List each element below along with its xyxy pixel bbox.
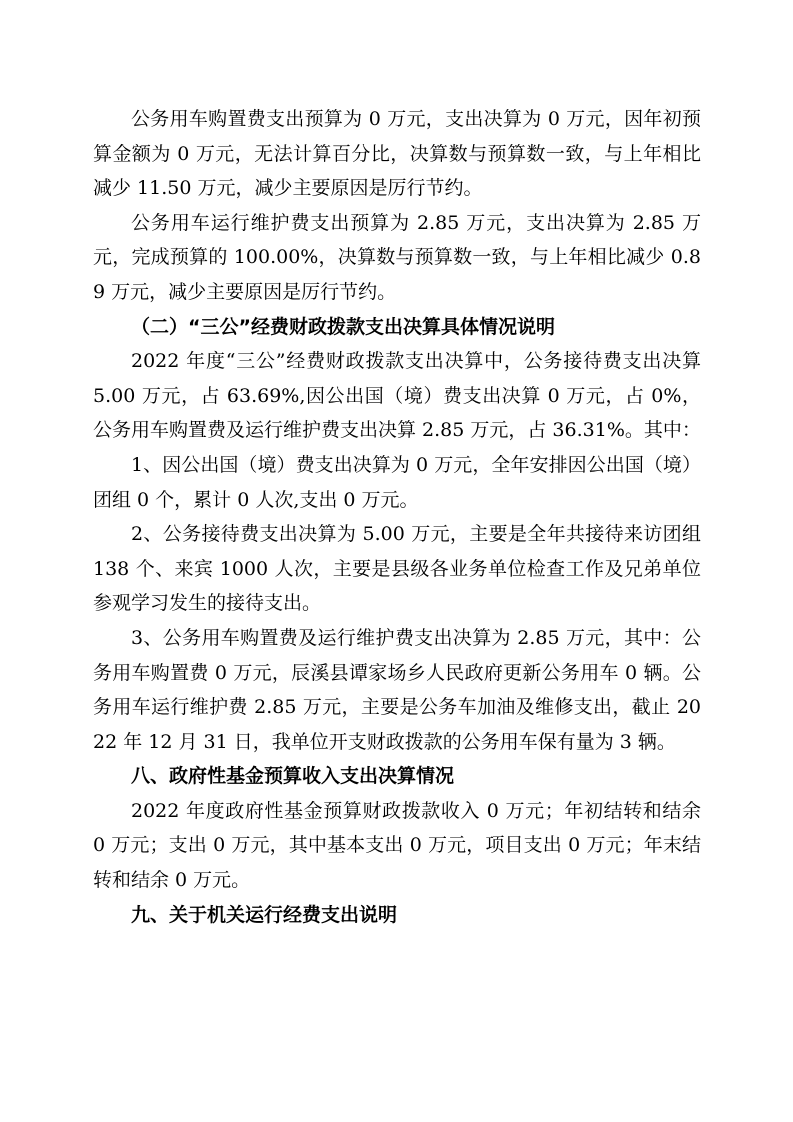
paragraph-government-fund-details: 2022 年度政府性基金预算财政拨款收入 0 万元；年初结转和结余 0 万元；支…: [93, 794, 701, 898]
paragraph-vehicle-maintenance-budget: 公务用车运行维护费支出预算为 2.85 万元，支出决算为 2.85 万元，完成预…: [93, 206, 701, 310]
paragraph-vehicle-purchase-budget: 公务用车购置费支出预算为 0 万元，支出决算为 0 万元，因年初预算金额为 0 …: [93, 102, 701, 206]
section-heading-government-fund-budget: 八、政府性基金预算收入支出决算情况: [93, 759, 701, 794]
paragraph-item1-overseas-trips: 1、因公出国（境）费支出决算为 0 万元，全年安排因公出国（境）团组 0 个，累…: [93, 448, 701, 517]
section-heading-three-public-expenses: （二）“三公”经费财政拨款支出决算具体情况说明: [93, 310, 701, 345]
document-body: 公务用车购置费支出预算为 0 万元，支出决算为 0 万元，因年初预算金额为 0 …: [93, 102, 701, 932]
paragraph-item2-official-reception: 2、公务接待费支出决算为 5.00 万元，主要是全年共接待来访团组 138 个、…: [93, 517, 701, 621]
document-page: 公务用车购置费支出预算为 0 万元，支出决算为 0 万元，因年初预算金额为 0 …: [0, 0, 793, 1122]
section-heading-operating-expenses: 九、关于机关运行经费支出说明: [93, 898, 701, 933]
paragraph-three-public-overview: 2022 年度“三公”经费财政拨款支出决算中，公务接待费支出决算 5.00 万元…: [93, 344, 701, 448]
paragraph-item3-vehicle-expenses: 3、公务用车购置费及运行维护费支出决算为 2.85 万元，其中：公务用车购置费 …: [93, 621, 701, 759]
